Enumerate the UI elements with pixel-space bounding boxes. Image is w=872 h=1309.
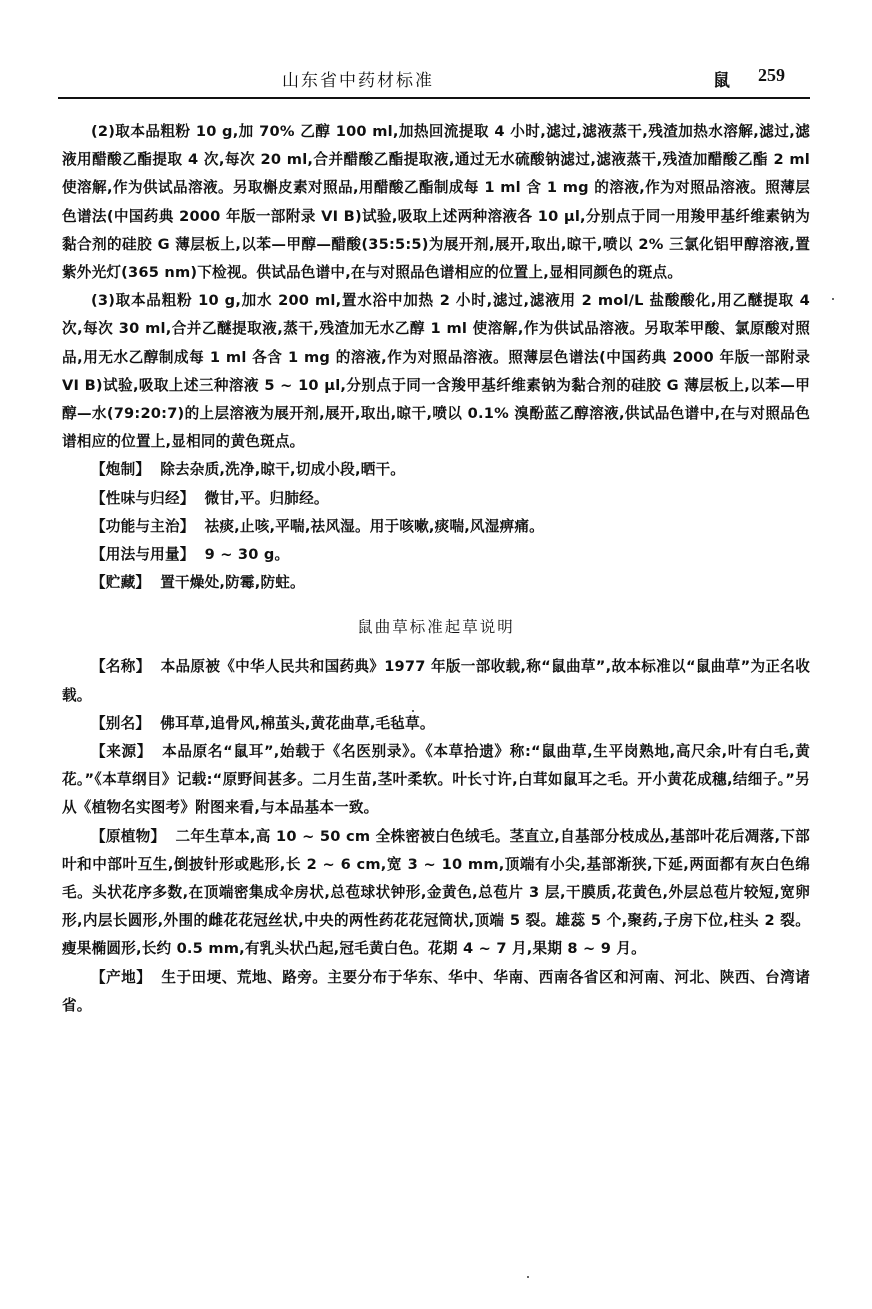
section-title: 鼠曲草标准起草说明 — [62, 613, 810, 641]
explanation-source: 【来源】本品原名“鼠耳”,始载于《名医别录》。《本草拾遗》称:“鼠曲草,生平岗熟… — [62, 738, 810, 823]
explanation-text: 本品原名“鼠耳”,始载于《名医别录》。《本草拾遗》称:“鼠曲草,生平岗熟地,高尺… — [62, 743, 810, 816]
page-header: 山东省中药材标准 鼠 259 — [58, 60, 810, 98]
explanation-label: 【产地】 — [91, 969, 151, 986]
property-text: 除去杂质,洗净,晾干,切成小段,晒干。 — [160, 461, 405, 478]
explanation-text: 佛耳草,追骨风,棉茧头,黄花曲草,毛毡草。 — [160, 715, 434, 732]
property-text: 祛痰,止咳,平喘,祛风湿。用于咳嗽,痰喘,风湿痹痛。 — [205, 518, 544, 535]
property-nature-meridian: 【性味与归经】微甘,平。归肺经。 — [62, 485, 810, 513]
property-label: 【贮藏】 — [91, 574, 150, 591]
explanation-label: 【名称】 — [91, 658, 151, 675]
scan-speck — [527, 1276, 529, 1278]
identification-paragraph-3: (3)取本品粗粉 10 g,加水 200 ml,置水浴中加热 2 小时,滤过,滤… — [62, 287, 810, 456]
explanation-alias: 【别名】佛耳草,追骨风,棉茧头,黄花曲草,毛毡草。 — [62, 710, 810, 738]
page-body: (2)取本品粗粉 10 g,加 70% 乙醇 100 ml,加热回流提取 4 小… — [62, 118, 810, 1020]
explanation-text: 本品原被《中华人民共和国药典》1977 年版一部收载,称“鼠曲草”,故本标准以“… — [62, 658, 810, 703]
property-processing: 【炮制】除去杂质,洗净,晾干,切成小段,晒干。 — [62, 456, 810, 484]
running-title: 山东省中药材标准 — [58, 66, 658, 91]
property-text: 置干燥处,防霉,防蛀。 — [160, 574, 305, 591]
explanation-origin: 【产地】生于田埂、荒地、路旁。主要分布于华东、华中、华南、西南各省区和河南、河北… — [62, 964, 810, 1020]
explanation-label: 【来源】 — [91, 743, 152, 760]
explanation-text: 二年生草本,高 10 ~ 50 cm 全株密被白色绒毛。茎直立,自基部分枝成丛,… — [62, 828, 810, 958]
property-usage-dosage: 【用法与用量】9 ~ 30 g。 — [62, 541, 810, 569]
page-number: 259 — [758, 65, 785, 86]
explanation-label: 【原植物】 — [91, 828, 165, 845]
entry-key-char: 鼠 — [713, 66, 730, 91]
property-label: 【用法与用量】 — [91, 546, 195, 563]
property-label: 【功能与主治】 — [91, 518, 195, 535]
identification-paragraph-2: (2)取本品粗粉 10 g,加 70% 乙醇 100 ml,加热回流提取 4 小… — [62, 118, 810, 287]
explanation-original-plant: 【原植物】二年生草本,高 10 ~ 50 cm 全株密被白色绒毛。茎直立,自基部… — [62, 823, 810, 964]
property-label: 【炮制】 — [91, 461, 150, 478]
explanation-label: 【别名】 — [91, 715, 150, 732]
explanation-text: 生于田埂、荒地、路旁。主要分布于华东、华中、华南、西南各省区和河南、河北、陕西、… — [62, 969, 810, 1014]
property-label: 【性味与归经】 — [91, 490, 195, 507]
header-rule — [58, 97, 810, 99]
property-text: 9 ~ 30 g。 — [205, 546, 290, 563]
explanation-name: 【名称】本品原被《中华人民共和国药典》1977 年版一部收载,称“鼠曲草”,故本… — [62, 653, 810, 709]
property-function-indication: 【功能与主治】祛痰,止咳,平喘,祛风湿。用于咳嗽,痰喘,风湿痹痛。 — [62, 513, 810, 541]
property-text: 微甘,平。归肺经。 — [205, 490, 329, 507]
scan-speck — [412, 710, 414, 712]
property-storage: 【贮藏】置干燥处,防霉,防蛀。 — [62, 569, 810, 597]
scan-speck — [832, 298, 834, 300]
